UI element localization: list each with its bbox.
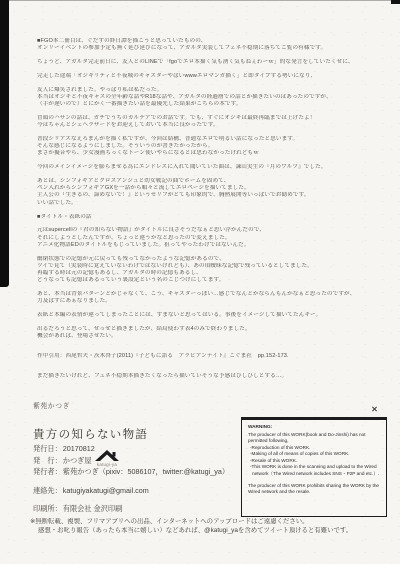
book-title: 貴方の知らない物語 xyxy=(33,426,148,442)
warning-item: -Making of all of means of copies of thi… xyxy=(248,451,380,458)
body-text-line: あとは、シンフォギアとクロスアンジュと幼女戦記の曲でホームを固めて、 xyxy=(37,178,393,185)
body-text-line: 力及ばずにあぁなりました。 xyxy=(37,298,393,305)
katugiya-logo: katugi-ya xyxy=(92,449,122,467)
body-paragraph: 友人に爆笑されました。やっぱり私は私だった。本当はオジキと不夜キャスの全年齢な話… xyxy=(37,87,393,109)
body-text-line: 冒頭のハサンの話は、ガチでうちのカルデアでのお話です。でも、すぐにオジキは最終再… xyxy=(37,115,393,122)
citation-line: 作中引用：西尾哲夫・茨木啓子(2011)『子どもに語る アラビアンナイト』こぐま… xyxy=(37,353,393,360)
body-text-line: ■タイトル・表紙の話 xyxy=(37,214,393,221)
warning-box: WARNING: The producer of this WORK(book … xyxy=(241,417,387,517)
body-text-line: 友人に爆笑されました。やっぱり私は私だった。 xyxy=(37,87,393,94)
body-text-line: それにしようとしたんですが、ちょっと違うかなと思ったので変えました。 xyxy=(37,235,393,242)
colophon-label: 発行者： xyxy=(33,467,62,476)
body-paragraph: ■タイトル・表紙の話 xyxy=(37,214,393,221)
scan-speck xyxy=(371,406,377,412)
scan-artifact-left-strip xyxy=(0,0,9,287)
logo-caption: katugi-ya xyxy=(92,462,122,467)
body-text-line: 表紙と本編の表情が違ってしまったことには、すまないと思ってはいる。事後をイメージ… xyxy=(37,312,393,319)
body-text-line: 出るだろうと思って、せっせと描きましたが、結局使わず表4のみで終わりました。 xyxy=(37,326,393,333)
body-text-line: そんな感じになるようにしました。そういうのが書きたかったから。 xyxy=(37,143,393,150)
body-text-line: ペン入れからシンフォギアGXを一話から順々と流してエロページを描いてました。 xyxy=(37,185,393,192)
body-text-line: いい話でした。 xyxy=(37,200,393,207)
body-text: ■FGO本二冊目は、ぐだずの絆日譚を描こうと思っていたものの、オンリーイベントの… xyxy=(37,38,393,380)
body-text-line: （手が遅いので）とにかく一番描きたい話を最優先した結果がこちらの本です。 xyxy=(37,101,393,108)
body-paragraph: あとは、シンフォギアとクロスアンジュと幼女戦記の曲でホームを固めて、ペン入れから… xyxy=(37,178,393,207)
body-text-line: 普段シリアスなえろまんがを描く私ですが、今回は結構、普通なエロで明るい話になった… xyxy=(37,136,393,143)
body-paragraph: 普段シリアスなえろまんがを描く私ですが、今回は結構、普通なエロで明るい話になった… xyxy=(37,136,393,158)
scan-artifact-top-right xyxy=(391,0,400,4)
colophon-label: 発行日： xyxy=(33,444,62,453)
body-paragraph: 出るだろうと思って、せっせと描きましたが、結局使わず表4のみで終わりました。機会… xyxy=(37,326,393,341)
body-text-line: ちょうど、アガルタ完走前日に、友人とのLINEで「fgoでエロ本描く気も湧く気も… xyxy=(37,59,393,66)
body-paragraph: 完走した途端「オジキリティと不夜城のキャスターやばいwwwエロマンガ描く」と即タ… xyxy=(37,73,393,80)
body-text-line: 元はsupercellの『君の知らない物語』がタイトルに良さそうだなぁと思い浮か… xyxy=(37,227,393,234)
body-text-line: ■FGO本二冊目は、ぐだずの絆日譚を描こうと思っていたものの、 xyxy=(37,38,393,45)
house-roof-icon xyxy=(94,449,120,462)
footer-note-line2: 感想・お叱り報告（あったら本当に嬉しい）などあれば、@katugi_yaを含めて… xyxy=(30,527,385,536)
body-paragraph: 表紙と本編の表情が違ってしまったことには、すまないと思ってはいる。事後をイメージ… xyxy=(37,312,393,319)
footer-note-line1: ※無断転載、複製、フリマアプリへの出品、インターネットへのアップロードはご遠慮く… xyxy=(30,518,385,527)
warning-title: WARNING: xyxy=(248,424,380,431)
scan-artifact-top-line xyxy=(0,0,400,1)
colophon-value: 20170812 xyxy=(63,444,95,453)
body-paragraph: 元はsupercellの『君の知らない物語』がタイトルに良さそうだなぁと思い浮か… xyxy=(37,227,393,249)
warning-intro: The producer of this WORK(book and Do-Ji… xyxy=(248,432,380,445)
body-paragraph: あと、本当は背景パターンとかじゃなくて、こう、キャスターっぽい…感じでなんとかな… xyxy=(37,291,393,306)
colophon-row-author: 発行者：紫苑かつぎ（pixiv：5086107，twitter:@katugi_… xyxy=(33,466,229,478)
body-text-line: オンリーイベントの参加予定も無く延び延びになって、アガルタ実装してフェネ不穏期に… xyxy=(37,45,393,52)
body-text-line: 幽閉状態での記憶が元に戻っても残ってなかったような記憶があるので、 xyxy=(37,256,393,263)
body-paragraphs: ■FGO本二冊目は、ぐだずの絆日譚を描こうと思っていたものの、オンリーイベントの… xyxy=(37,38,393,340)
warning-item: -This WORK is done in the scanning and u… xyxy=(248,464,380,477)
body-text-line: まさか擬音やら、少女漫画ちっくなトーン使いやらになるとは思わなかったけれどもｗ xyxy=(37,150,393,157)
footer-note: ※無断転載、複製、フリマアプリへの出品、インターネットへのアップロードはご遠慮く… xyxy=(30,518,385,536)
body-paragraph: 冒頭のハサンの話は、ガチでうちのカルデアでのお話です。でも、すぐにオジキは最終再… xyxy=(37,115,393,130)
warning-items: -Reproduction of this WORK.-Making of al… xyxy=(248,445,380,478)
colophon-row-printer: 印刷所：有限会社 金沢印刷 xyxy=(33,503,229,515)
colophon-label: 発 行： xyxy=(33,456,62,465)
body-text-line: 機会があれば、登場させたい。 xyxy=(37,333,393,340)
colophon-label: 連絡先： xyxy=(33,486,62,495)
body-text-line: アニメ化物語EDのタイトルをもじっていました。狙ってやったわけではないんだ。 xyxy=(37,242,393,249)
body-text-line: ツイで見て（実装時に覚えていないわけではないけれども）、あの頃曖昧な記憶で残って… xyxy=(37,263,393,270)
body-text-line: 今回のメインイメージを膨らませる為にエンドレスに入れて聞いていた曲は、諫山実生の… xyxy=(37,164,393,171)
colophon-value: katugiyakatugi@gmail.com xyxy=(63,486,149,495)
body-text-line: 完走した途端「オジキリティと不夜城のキャスターやばいwwwエロマンガ描く」と即タ… xyxy=(37,73,393,80)
body-text-line: 本当はオジキと不夜キャスの全年齢な話やR18な話や、アガルタの経過層での話とか描… xyxy=(37,94,393,101)
author-signature: 紫苑かつぎ xyxy=(33,400,70,410)
body-text-line: どうなっても記憶はあるっていう裏設定という名のこじつけにしてます。 xyxy=(37,277,393,284)
warning-item: -Resale of this WORK. xyxy=(248,458,380,465)
body-paragraph: 今回のメインイメージを膨らませる為にエンドレスに入れて聞いていた曲は、諫山実生の… xyxy=(37,164,393,171)
scanned-afterword-page: ■FGO本二冊目は、ぐだずの絆日譚を描こうと思っていたものの、オンリーイベントの… xyxy=(0,0,400,564)
body-text-line: 今はちゃんとシェヘラザードをお迎えしておいて本当に良かったです。 xyxy=(37,122,393,129)
colophon-row-publisher: 発 行：かつぎ屋 xyxy=(33,455,229,467)
colophon-row-contact: 連絡先：katugiyakatugi@gmail.com xyxy=(33,485,229,497)
warning-footer: The producer of this WORK prohibits shar… xyxy=(248,483,380,496)
closing-line: まだ描きたいけれど、フェネ不穏期本描きたくなったら描いていそうな予感はひしひしと… xyxy=(37,373,393,380)
body-text-line: 主人公の『生きるの、諦めないで！』というセリフがとても印象的で、胸熱展開等いっぱ… xyxy=(37,192,393,199)
colophon-value: かつぎ屋 xyxy=(63,456,92,465)
body-paragraph: ■FGO本二冊目は、ぐだずの絆日譚を描こうと思っていたものの、オンリーイベントの… xyxy=(37,38,393,53)
colophon-row-date: 発行日：20170812 xyxy=(33,443,229,455)
body-paragraph: 幽閉状態での記憶が元に戻っても残ってなかったような記憶があるので、ツイで見て（実… xyxy=(37,256,393,285)
body-text-line: あと、本当は背景パターンとかじゃなくて、こう、キャスターっぽい…感じでなんとかな… xyxy=(37,291,393,298)
colophon: 発行日：20170812 発 行：かつぎ屋 発行者：紫苑かつぎ（pixiv：50… xyxy=(33,443,229,515)
body-paragraph: ちょうど、アガルタ完走前日に、友人とのLINEで「fgoでエロ本描く気も湧く気も… xyxy=(37,59,393,66)
colophon-value: 有限会社 金沢印刷 xyxy=(63,504,123,513)
colophon-value: 紫苑かつぎ（pixiv：5086107，twitter:@katugi_ya） xyxy=(63,467,229,476)
body-text-line: 再臨する時は元の記憶もあるし、アガルタの時の記憶もあるし、 xyxy=(37,270,393,277)
warning-item: -Reproduction of this WORK. xyxy=(248,445,380,452)
colophon-label: 印刷所： xyxy=(33,504,62,513)
